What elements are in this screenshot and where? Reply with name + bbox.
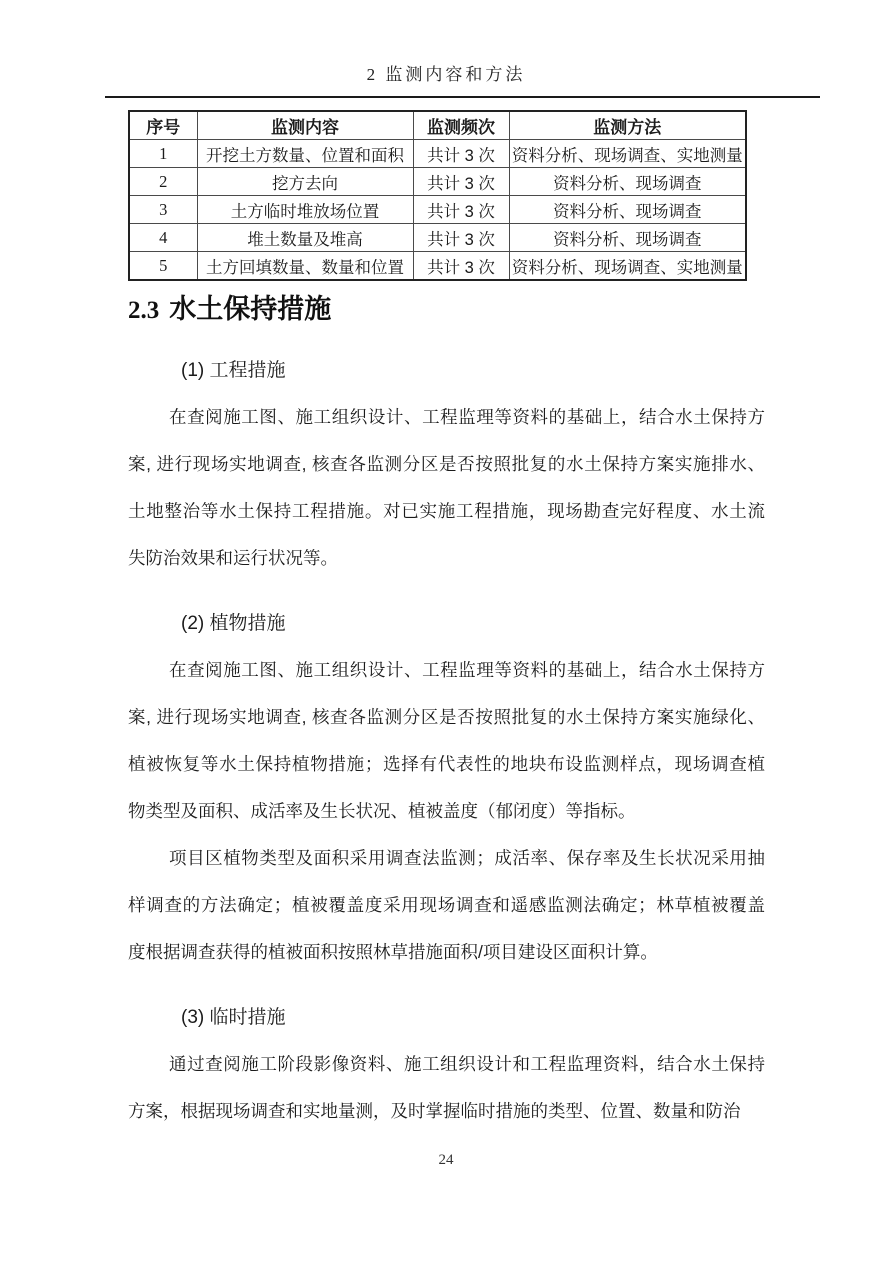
table-cell: 2 xyxy=(129,168,197,196)
table-row: 3土方临时堆放场位置共计 3 次资料分析、现场调查 xyxy=(129,196,746,224)
table-cell: 挖方去向 xyxy=(197,168,413,196)
text-line: 方案，根据现场调查和实地量测，及时掌握临时措施的类型、位置、数量和防治 xyxy=(128,1088,765,1135)
header-rule xyxy=(105,96,820,98)
section-heading: 2.3水土保持措施 xyxy=(128,291,765,329)
table-row: 1开挖土方数量、位置和面积共计 3 次资料分析、现场调查、实地测量 xyxy=(129,140,746,168)
table-cell: 5 xyxy=(129,252,197,281)
table-cell: 土方回填数量、数量和位置 xyxy=(197,252,413,281)
page-number: 24 xyxy=(0,1152,892,1169)
text-line: 项目区植物类型及面积采用调查法监测；成活率、保存率及生长状况采用抽 xyxy=(128,835,765,882)
table-cell: 资料分析、现场调查、实地测量 xyxy=(509,252,746,281)
text-line: 样调查的方法确定；植被覆盖度采用现场调查和遥感监测法确定；林草植被覆盖 xyxy=(128,882,765,929)
table-cell: 资料分析、现场调查 xyxy=(509,168,746,196)
monitoring-table: 序号 监测内容 监测频次 监测方法 1开挖土方数量、位置和面积共计 3 次资料分… xyxy=(128,110,747,281)
column-header-content: 监测内容 xyxy=(197,111,413,140)
text-line: 土地整治等水土保持工程措施。对已实施工程措施，现场勘查完好程度、水土流 xyxy=(128,488,765,535)
running-header: 2 监测内容和方法 xyxy=(0,60,892,85)
table-cell: 资料分析、现场调查、实地测量 xyxy=(509,140,746,168)
table-row: 2挖方去向共计 3 次资料分析、现场调查 xyxy=(129,168,746,196)
table-cell: 共计 3 次 xyxy=(413,140,509,168)
document-page: 2 监测内容和方法 序号 监测内容 监测频次 监测方法 1开挖土方数量、位置和面… xyxy=(0,0,892,1262)
paragraph-plant-measures-1: 在查阅施工图、施工组织设计、工程监理等资料的基础上，结合水土保持方案, 进行现场… xyxy=(128,647,765,835)
paragraph-temporary-measures: 通过查阅施工阶段影像资料、施工组织设计和工程监理资料，结合水土保持方案，根据现场… xyxy=(128,1041,765,1135)
page-content: 序号 监测内容 监测频次 监测方法 1开挖土方数量、位置和面积共计 3 次资料分… xyxy=(128,110,765,1135)
table-row: 5土方回填数量、数量和位置共计 3 次资料分析、现场调查、实地测量 xyxy=(129,252,746,281)
column-header-index: 序号 xyxy=(129,111,197,140)
text-line: 物类型及面积、成活率及生长状况、植被盖度（郁闭度）等指标。 xyxy=(128,788,765,835)
text-line: 失防治效果和运行状况等。 xyxy=(128,535,765,582)
table-cell: 共计 3 次 xyxy=(413,196,509,224)
table-cell: 1 xyxy=(129,140,197,168)
table-cell: 资料分析、现场调查 xyxy=(509,196,746,224)
table-body: 1开挖土方数量、位置和面积共计 3 次资料分析、现场调查、实地测量2挖方去向共计… xyxy=(129,140,746,281)
table-cell: 共计 3 次 xyxy=(413,224,509,252)
table-cell: 开挖土方数量、位置和面积 xyxy=(197,140,413,168)
text-line: 案, 进行现场实地调查, 核查各监测分区是否按照批复的水土保持方案实施排水、 xyxy=(128,441,765,488)
subsection-3-label: (3) 临时措施 xyxy=(128,994,765,1041)
table-cell: 堆土数量及堆高 xyxy=(197,224,413,252)
subsection-1-label: (1) 工程措施 xyxy=(128,347,765,394)
table-cell: 3 xyxy=(129,196,197,224)
table-cell: 共计 3 次 xyxy=(413,252,509,281)
table-row: 4堆土数量及堆高共计 3 次资料分析、现场调查 xyxy=(129,224,746,252)
text-line: 在查阅施工图、施工组织设计、工程监理等资料的基础上，结合水土保持方 xyxy=(128,394,765,441)
section-number: 2.3 xyxy=(128,297,159,324)
table-header-row: 序号 监测内容 监测频次 监测方法 xyxy=(129,111,746,140)
text-line: 度根据调查获得的植被面积按照林草措施面积/项目建设区面积计算。 xyxy=(128,929,765,976)
text-line: 通过查阅施工阶段影像资料、施工组织设计和工程监理资料，结合水土保持 xyxy=(128,1041,765,1088)
section-title: 水土保持措施 xyxy=(169,294,331,324)
subsection-2-label: (2) 植物措施 xyxy=(128,600,765,647)
table-cell: 4 xyxy=(129,224,197,252)
paragraph-plant-measures-2: 项目区植物类型及面积采用调查法监测；成活率、保存率及生长状况采用抽样调查的方法确… xyxy=(128,835,765,976)
column-header-method: 监测方法 xyxy=(509,111,746,140)
table-cell: 土方临时堆放场位置 xyxy=(197,196,413,224)
paragraph-engineering-measures: 在查阅施工图、施工组织设计、工程监理等资料的基础上，结合水土保持方案, 进行现场… xyxy=(128,394,765,582)
text-line: 案, 进行现场实地调查, 核查各监测分区是否按照批复的水土保持方案实施绿化、 xyxy=(128,694,765,741)
text-line: 在查阅施工图、施工组织设计、工程监理等资料的基础上，结合水土保持方 xyxy=(128,647,765,694)
table-cell: 共计 3 次 xyxy=(413,168,509,196)
table-cell: 资料分析、现场调查 xyxy=(509,224,746,252)
column-header-frequency: 监测频次 xyxy=(413,111,509,140)
text-line: 植被恢复等水土保持植物措施；选择有代表性的地块布设监测样点，现场调查植 xyxy=(128,741,765,788)
